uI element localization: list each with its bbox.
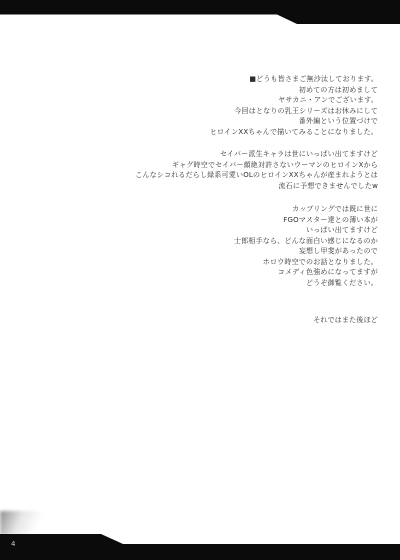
text-line: 流石に予想できませんでしたw: [18, 181, 378, 192]
text-line: 士郎相手なら、どんな面白い感じになるのか: [18, 236, 378, 247]
page-number: 4: [11, 539, 15, 549]
afterword-paragraph-character: セイバー派生キャラは世にいっぱい出てますけど ギャグ時空でセイバー顔絶対許さない…: [18, 149, 378, 191]
afterword-text-block: ■どうも皆さまご無沙汰しております。 初めての方は初めまして ヤサカニ・アンでご…: [18, 74, 378, 326]
text-line: 今回はとなりの乳王シリーズはお休みにして: [18, 106, 378, 117]
text-line: こんなシコれるだらし緑系可愛いOLのヒロインXXちゃんが産まれようとは: [18, 170, 378, 181]
bottom-black-banner: [0, 533, 400, 560]
text-line: FGOマスター達との薄い本が: [18, 215, 378, 226]
afterword-paragraph-signoff: それではまた後ほど: [18, 315, 378, 326]
text-line: ヤサカニ・アンでございます。: [18, 95, 378, 106]
text-line: それではまた後ほど: [18, 315, 378, 326]
top-black-banner: [0, 0, 400, 26]
bottom-banner-shape: [0, 534, 400, 560]
text-line: コメディ色強めになってますが: [18, 267, 378, 278]
doujin-afterword-page: ■どうも皆さまご無沙汰しております。 初めての方は初めまして ヤサカニ・アンでご…: [0, 0, 400, 560]
text-line: ギャグ時空でセイバー顔絶対許さないウーマンのヒロインXから: [18, 160, 378, 171]
text-line: 番外編という位置づけで: [18, 116, 378, 127]
afterword-paragraph-greeting: ■どうも皆さまご無沙汰しております。 初めての方は初めまして ヤサカニ・アンでご…: [18, 74, 378, 137]
scan-shadow-smudge: [0, 511, 58, 535]
text-line: セイバー派生キャラは世にいっぱい出てますけど: [18, 149, 378, 160]
top-banner-shape: [0, 0, 400, 24]
text-line: 初めての方は初めまして: [18, 85, 378, 96]
text-line: どうぞ御覧ください。: [18, 278, 378, 289]
text-line: ホロウ時空でのお話となりました。: [18, 257, 378, 268]
afterword-paragraph-story: カップリングでは既に世に FGOマスター達との薄い本が いっぱい出てますけど 士…: [18, 204, 378, 288]
text-line: ヒロインXXちゃんで描いてみることになりました。: [18, 127, 378, 138]
text-line: いっぱい出てますけど: [18, 225, 378, 236]
text-line: 妄想し甲斐があったので: [18, 246, 378, 257]
text-line: カップリングでは既に世に: [18, 204, 378, 215]
text-line: ■どうも皆さまご無沙汰しております。: [18, 74, 378, 85]
